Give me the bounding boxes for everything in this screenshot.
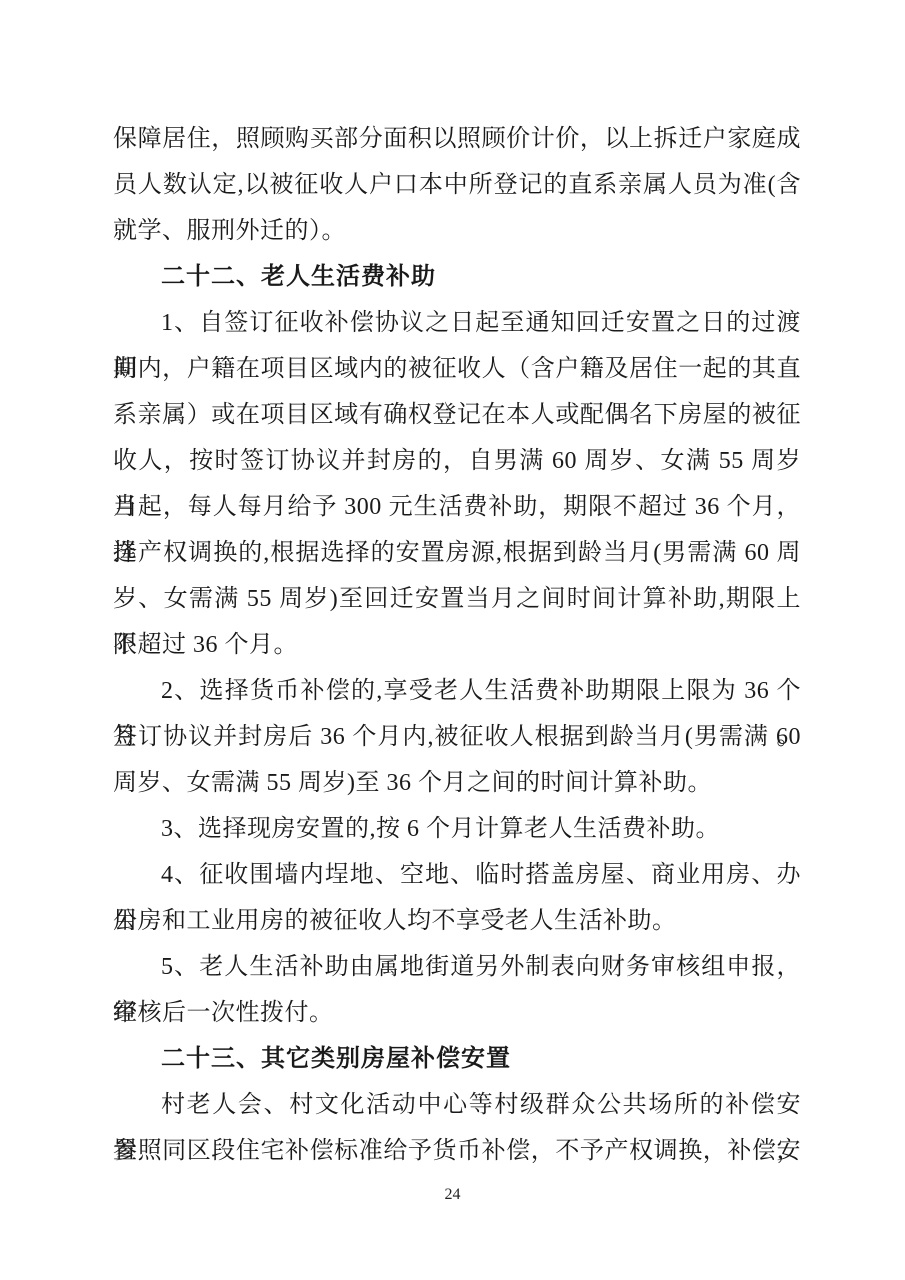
text-line: 1、自签订征收补偿协议之日起至通知回迁安置之日的过渡期 — [113, 300, 801, 346]
document-body: 保障居住，照顾购买部分面积以照顾价计价，以上拆迁户家庭成 员人数认定,以被征收人… — [113, 116, 801, 1174]
document-page: 保障居住，照顾购买部分面积以照顾价计价，以上拆迁户家庭成 员人数认定,以被征收人… — [0, 0, 905, 1280]
text-line: 审核后一次性拨付。 — [113, 990, 801, 1036]
text-line: 周岁、女需满 55 周岁)至 36 个月之间的时间计算补助。 — [113, 760, 801, 806]
page-number: 24 — [0, 1183, 905, 1207]
section-heading: 二十三、其它类别房屋补偿安置 — [113, 1036, 801, 1082]
text-line: 保障居住，照顾购买部分面积以照顾价计价，以上拆迁户家庭成 — [113, 116, 801, 162]
text-line: 岁、女需满 55 周岁)至回迁安置当月之间时间计算补助,期限上限 — [113, 576, 801, 622]
text-line: 参照同区段住宅补偿标准给予货币补偿，不予产权调换，补偿安 — [113, 1128, 801, 1174]
text-line: 村老人会、村文化活动中心等村级群众公共场所的补偿安置， — [113, 1082, 801, 1128]
text-line: 系亲属）或在项目区域有确权登记在本人或配偶名下房屋的被征 — [113, 392, 801, 438]
text-line: 2、选择货币补偿的,享受老人生活费补助期限上限为 36 个月。 — [113, 668, 801, 714]
text-line: 择产权调换的,根据选择的安置房源,根据到龄当月(男需满 60 周 — [113, 530, 801, 576]
text-line: 就学、服刑外迁的）。 — [113, 208, 801, 254]
text-line: 4、征收围墙内埕地、空地、临时搭盖房屋、商业用房、办公 — [113, 852, 801, 898]
text-line: 5、老人生活补助由属地街道另外制表向财务审核组申报，经 — [113, 944, 801, 990]
text-line: 不超过 36 个月。 — [113, 622, 801, 668]
text-line: 间内，户籍在项目区域内的被征收人（含户籍及居住一起的其直 — [113, 346, 801, 392]
text-line: 收人，按时签订协议并封房的，自男满 60 周岁、女满 55 周岁当 — [113, 438, 801, 484]
text-line: 员人数认定,以被征收人户口本中所登记的直系亲属人员为准(含 — [113, 162, 801, 208]
text-line: 用房和工业用房的被征收人均不享受老人生活补助。 — [113, 898, 801, 944]
text-line: 签订协议并封房后 36 个月内,被征收人根据到龄当月(男需满 60 — [113, 714, 801, 760]
section-heading: 二十二、老人生活费补助 — [113, 254, 801, 300]
text-line: 月起，每人每月给予 300 元生活费补助，期限不超过 36 个月，选 — [113, 484, 801, 530]
text-line: 3、选择现房安置的,按 6 个月计算老人生活费补助。 — [113, 806, 801, 852]
